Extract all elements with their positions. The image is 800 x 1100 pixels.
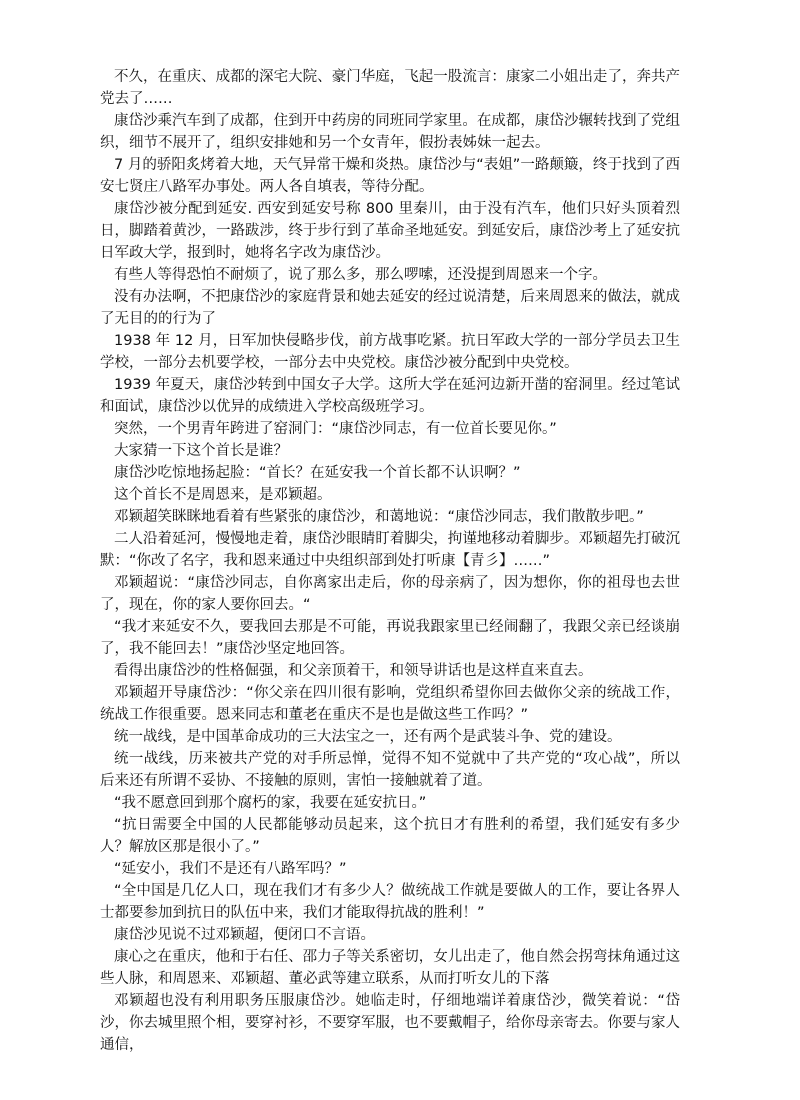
- paragraph-no-choice: 没有办法啊，不把康岱沙的家庭背景和她去延安的经过说清楚，后来周恩来的做法，就成了…: [100, 286, 680, 330]
- paragraph-yan-river: 二人沿着延河，慢慢地走着，康岱沙眼睛盯着脚尖，拘谨地移动着脚步。邓颖超先打破沉默…: [100, 528, 680, 572]
- paragraph-refuse: “我才来延安不久，要我回去那是不可能，再说我跟家里已经闹翻了，我跟父亲已经谈崩了…: [100, 616, 680, 660]
- paragraph-kang-xinzhi: 康心之在重庆，他和于右任、邵力子等关系密切，女儿出走了，他自然会拐弯抹角通过这些…: [100, 946, 680, 990]
- paragraph-population: “全中国是几亿人口，现在我们才有多少人？做统战工作就是要做人的工作，要让各界人士…: [100, 880, 680, 924]
- paragraph-united-front-work: 邓颖超开导康岱沙：“你父亲在四川很有影响，党组织希望你回去做你父亲的统战工作，统…: [100, 682, 680, 726]
- paragraph-assigned-yanan: 康岱沙被分配到延安. 西安到延安号称 800 里秦川，由于没有汽车，他们只好头顶…: [100, 198, 680, 264]
- paragraph-family: 邓颖超说：“康岱沙同志，自你离家出走后，你的母亲病了，因为想你，你的祖母也去世了…: [100, 572, 680, 616]
- paragraph-1939: 1939 年夏天，康岱沙转到中国女子大学。这所大学在延河边新开凿的窑洞里。经过笔…: [100, 374, 680, 418]
- paragraph-guess: 大家猜一下这个首长是谁？: [100, 440, 680, 462]
- document-page: 不久，在重庆、成都的深宅大院、豪门华庭，飞起一股流言：康家二小姐出走了，奔共产党…: [100, 66, 680, 1056]
- paragraph-eighth-route: “延安小，我们不是还有八路军吗？”: [100, 858, 680, 880]
- paragraph-impatient: 有些人等得恐怕不耐烦了，说了那么多，那么啰嗦，还没提到周恩来一个字。: [100, 264, 680, 286]
- paragraph-july-xian: 7 月的骄阳炙烤着大地，天气异常干燥和炎热。康岱沙与“表姐”一路颠簸，终于找到了…: [100, 154, 680, 198]
- paragraph-photo: 邓颖超也没有利用职务压服康岱沙。她临走时，仔细地端详着康岱沙，微笑着说：“岱沙，…: [100, 990, 680, 1056]
- paragraph-three-treasures: 统一战线，是中国革命成功的三大法宝之一，还有两个是武装斗争、党的建设。: [100, 726, 680, 748]
- paragraph-rumor: 不久，在重庆、成都的深宅大院、豪门华庭，飞起一股流言：康家二小姐出走了，奔共产党…: [100, 66, 680, 110]
- paragraph-stubborn: 看得出康岱沙的性格倔强，和父亲顶着干，和领导讲话也是这样直来直去。: [100, 660, 680, 682]
- paragraph-chengdu: 康岱沙乘汽车到了成都，住到开中药房的同班同学家里。在成都，康岱沙辗转找到了党组织…: [100, 110, 680, 154]
- paragraph-1938: 1938 年 12 月，日军加快侵略步伐，前方战事吃紧。抗日军政大学的一部分学员…: [100, 330, 680, 374]
- paragraph-deng-yingchao: 这个首长不是周恩来，是邓颖超。: [100, 484, 680, 506]
- paragraph-stay-yanan: “我不愿意回到那个腐朽的家，我要在延安抗日。”: [100, 792, 680, 814]
- paragraph-silent: 康岱沙见说不过邓颖超，便闭口不言语。: [100, 924, 680, 946]
- paragraph-feared: 统一战线，历来被共产党的对手所忌惮，觉得不知不觉就中了共产党的“攻心战”，所以后…: [100, 748, 680, 792]
- paragraph-walk: 邓颖超笑眯眯地看着有些紧张的康岱沙，和蔼地说：“康岱沙同志，我们散散步吧。”: [100, 506, 680, 528]
- paragraph-visitor: 突然，一个男青年跨进了窑洞门：“康岱沙同志，有一位首长要见你。”: [100, 418, 680, 440]
- paragraph-mobilize: “抗日需要全中国的人民都能够动员起来，这个抗日才有胜利的希望，我们延安有多少人？…: [100, 814, 680, 858]
- paragraph-surprised: 康岱沙吃惊地扬起脸：“首长？在延安我一个首长都不认识啊？”: [100, 462, 680, 484]
